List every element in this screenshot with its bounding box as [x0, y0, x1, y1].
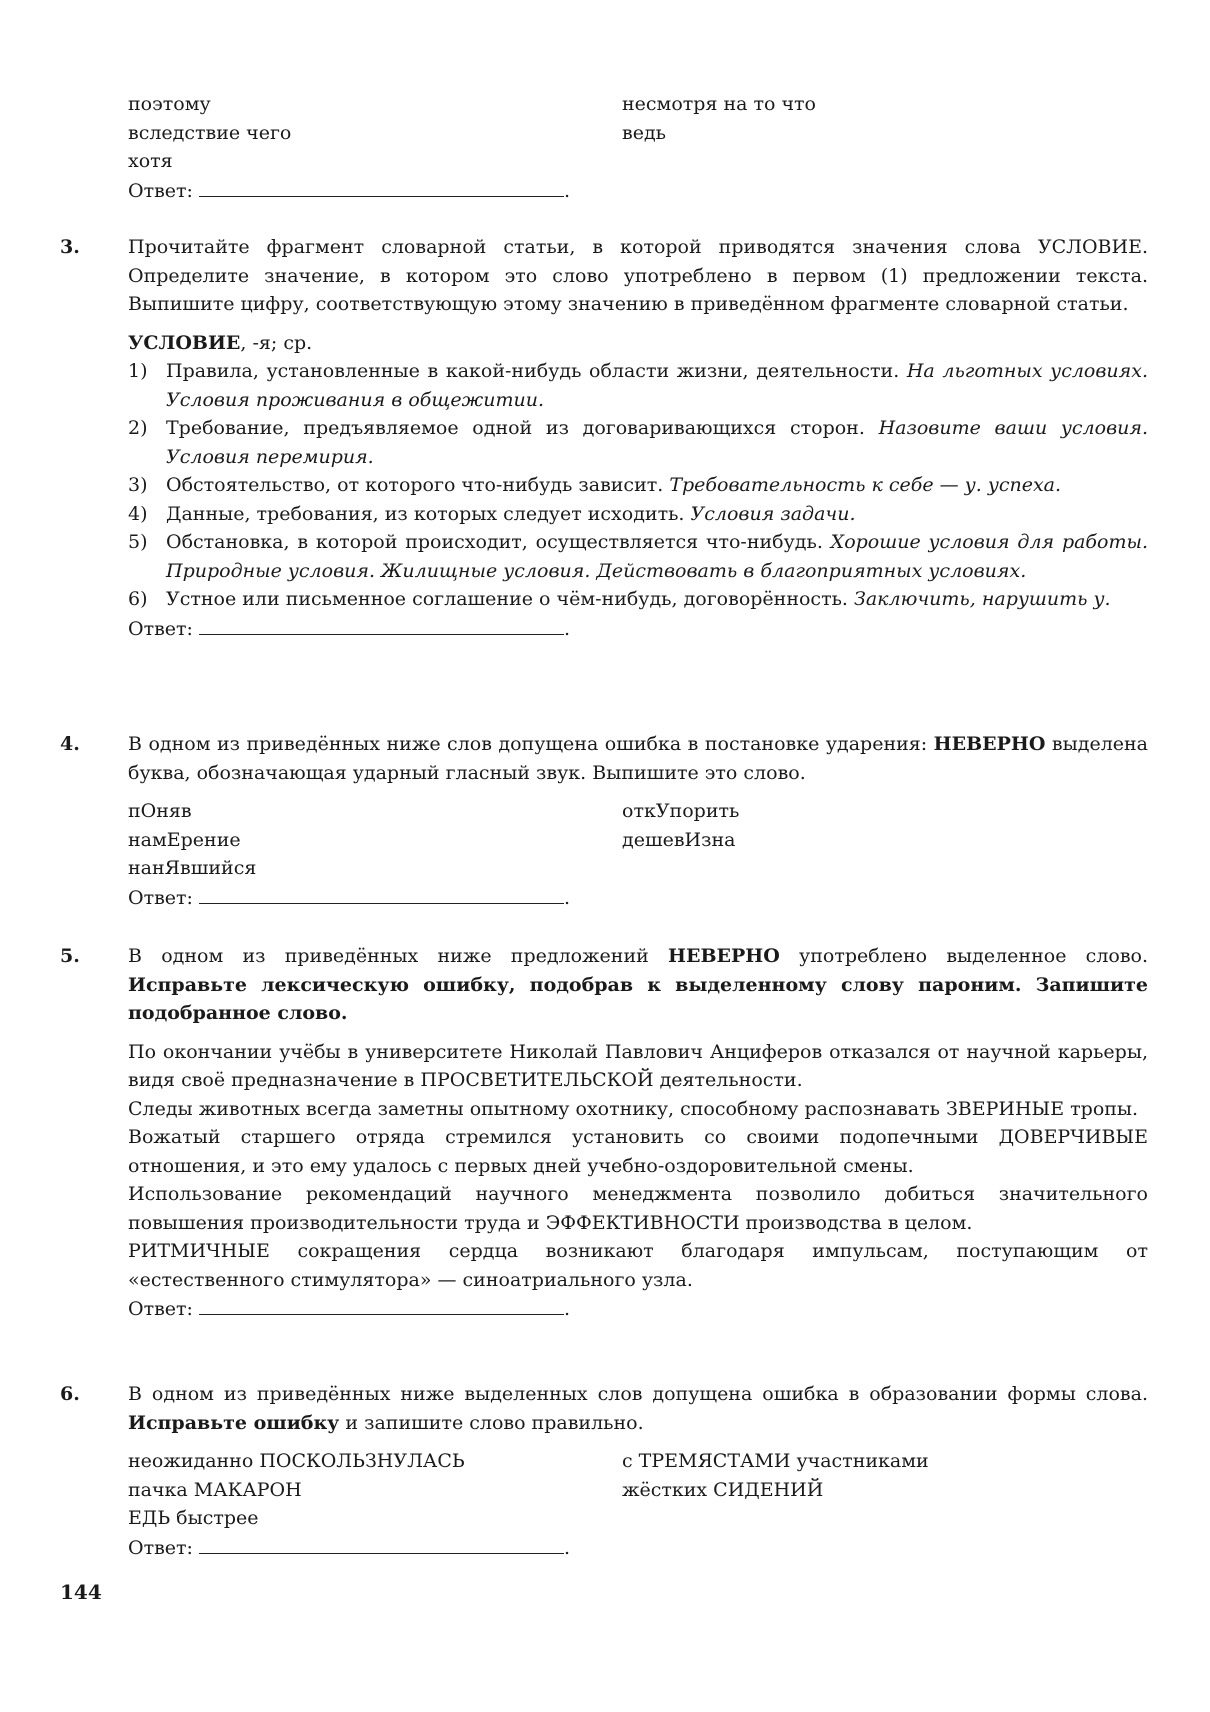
option: вследствие чего: [128, 119, 570, 148]
option: несмотря на то что: [622, 90, 816, 119]
sentence: Следы животных всегда заметны опытному о…: [128, 1095, 1148, 1124]
answer-label: Ответ:: [128, 1537, 193, 1559]
question-instruction: Прочитайте фрагмент словарной статьи, в …: [128, 233, 1148, 319]
definition-item: 1)Правила, установленные в какой-нибудь …: [128, 357, 1148, 414]
question-3: Прочитайте фрагмент словарной статьи, в …: [128, 233, 1148, 643]
word-options-right: откУпорить дешевИзна: [622, 797, 739, 854]
word-option: дешевИзна: [622, 826, 739, 855]
answer-blank[interactable]: [199, 1294, 564, 1315]
question-5: В одном из приведённых ниже предложений …: [128, 942, 1148, 1324]
definition-item: 4)Данные, требования, из которых следует…: [128, 500, 1148, 529]
answer-label: Ответ:: [128, 887, 193, 909]
sentence: Использование рекомендаций научного мене…: [128, 1180, 1148, 1237]
answer-blank[interactable]: [199, 883, 564, 904]
sentence: Вожатый старшего отряда стремился устано…: [128, 1123, 1148, 1180]
question-instruction: В одном из приведённых ниже слов допущен…: [128, 730, 1148, 787]
option: ведь: [622, 119, 816, 148]
question-4: В одном из приведённых ниже слов допущен…: [128, 730, 1148, 912]
q2-options-right: несмотря на то что ведь: [622, 90, 816, 147]
phrase-option: с ТРЕМЯСТАМИ участниками: [622, 1447, 929, 1476]
word-option: нанЯвшийся: [128, 854, 1148, 883]
question-number: 6.: [60, 1380, 80, 1409]
phrase-option: ЕДЬ быстрее: [128, 1504, 1148, 1533]
question-number: 4.: [60, 730, 80, 759]
q2-options-left: поэтому вследствие чего хотя Ответ:.: [128, 90, 570, 205]
definitions-list: 1)Правила, установленные в какой-нибудь …: [128, 357, 1148, 614]
question-6: В одном из приведённых ниже выделенных с…: [128, 1380, 1148, 1562]
page-number: 144: [60, 1578, 102, 1607]
word-options: пОняв намЕрение нанЯвшийся откУпорить де…: [128, 797, 1148, 883]
word-option: откУпорить: [622, 797, 739, 826]
sentence: По окончании учёбы в университете Никола…: [128, 1038, 1148, 1095]
definition-item: 3)Обстоятельство, от которого что-нибудь…: [128, 471, 1148, 500]
definition-item: 2)Требование, предъявляемое одной из дог…: [128, 414, 1148, 471]
headword: УСЛОВИЕ: [128, 332, 240, 354]
answer-field: Ответ:.: [128, 1533, 1148, 1563]
phrase-options: неожиданно ПОСКОЛЬЗНУЛАСЬ пачка МАКАРОН …: [128, 1447, 1148, 1533]
definition-item: 6)Устное или письменное соглашение о чём…: [128, 585, 1148, 614]
answer-field: Ответ:.: [128, 614, 1148, 644]
answer-blank[interactable]: [199, 1533, 564, 1554]
sentence: РИТМИЧНЫЕ сокращения сердца возникают бл…: [128, 1237, 1148, 1294]
question-instruction: В одном из приведённых ниже выделенных с…: [128, 1380, 1148, 1437]
option: хотя: [128, 147, 570, 176]
answer-field: Ответ:.: [128, 176, 570, 206]
headword-grammar: , -я; ср.: [240, 332, 312, 354]
phrase-option: жёстких СИДЕНИЙ: [622, 1476, 929, 1505]
answer-field: Ответ:.: [128, 883, 1148, 913]
answer-label: Ответ:: [128, 180, 193, 202]
definition-item: 5)Обстановка, в которой происходит, осущ…: [128, 528, 1148, 585]
answer-field: Ответ:.: [128, 1294, 1148, 1324]
answer-blank[interactable]: [199, 614, 564, 635]
answer-blank[interactable]: [199, 176, 564, 197]
answer-label: Ответ:: [128, 618, 193, 640]
dictionary-headword-line: УСЛОВИЕ, -я; ср.: [128, 329, 1148, 358]
option: поэтому: [128, 90, 570, 119]
question-instruction: В одном из приведённых ниже предложений …: [128, 942, 1148, 1028]
answer-label: Ответ:: [128, 1298, 193, 1320]
phrase-options-right: с ТРЕМЯСТАМИ участниками жёстких СИДЕНИЙ: [622, 1447, 929, 1504]
textbook-page: поэтому вследствие чего хотя Ответ:. нес…: [0, 0, 1210, 1712]
question-number: 3.: [60, 233, 80, 262]
question-number: 5.: [60, 942, 80, 971]
